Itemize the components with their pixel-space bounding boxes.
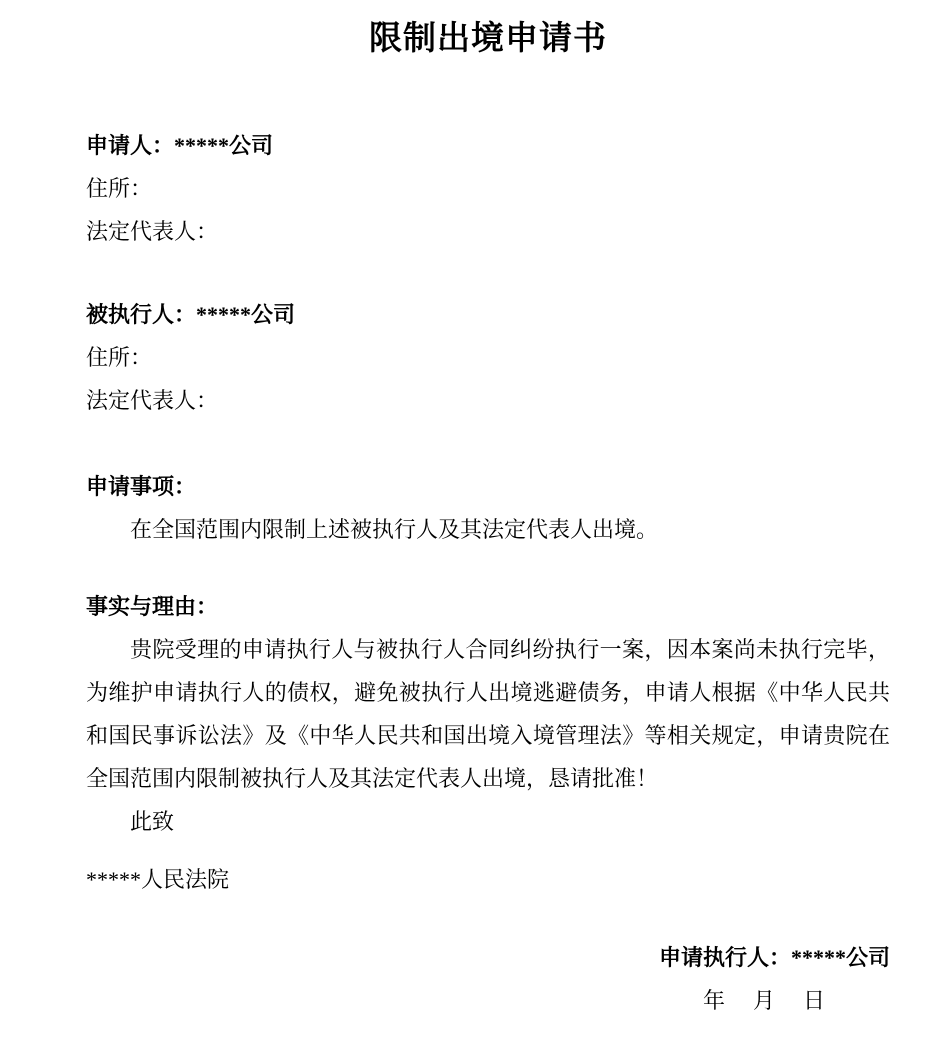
facts-section: 事实与理由： 贵院受理的申请执行人与被执行人合同纠纷执行一案，因本案尚未执行完毕…	[86, 585, 890, 901]
court-name-line: *****人民法院	[86, 858, 890, 901]
applicant-legal-representative-line: 法定代表人：	[86, 210, 890, 253]
request-heading: 申请事项：	[86, 465, 890, 508]
facts-heading: 事实与理由：	[86, 585, 890, 628]
applicant-block: 申请人：*****公司 住所： 法定代表人：	[86, 124, 890, 253]
document-page: 限制出境申请书 申请人：*****公司 住所： 法定代表人： 被执行人：****…	[0, 0, 946, 1058]
signature-applicant-line: 申请执行人：*****公司	[86, 936, 890, 979]
applicant-address-line: 住所：	[86, 167, 890, 210]
respondent-address-line: 住所：	[86, 336, 890, 379]
respondent-name-line: 被执行人：*****公司	[86, 293, 890, 336]
signature-date-line: 年 月 日	[86, 979, 890, 1022]
salutation-line: 此致	[86, 800, 890, 843]
applicant-name-line: 申请人：*****公司	[86, 124, 890, 167]
respondent-legal-representative-line: 法定代表人：	[86, 379, 890, 422]
respondent-block: 被执行人：*****公司 住所： 法定代表人：	[86, 293, 890, 422]
signature-block: 申请执行人：*****公司 年 月 日	[86, 936, 890, 1022]
request-body-line: 在全国范围内限制上述被执行人及其法定代表人出境。	[86, 508, 890, 551]
request-section: 申请事项： 在全国范围内限制上述被执行人及其法定代表人出境。	[86, 465, 890, 551]
document-title: 限制出境申请书	[86, 0, 890, 62]
facts-paragraph: 贵院受理的申请执行人与被执行人合同纠纷执行一案，因本案尚未执行完毕，为维护申请执…	[86, 628, 890, 800]
